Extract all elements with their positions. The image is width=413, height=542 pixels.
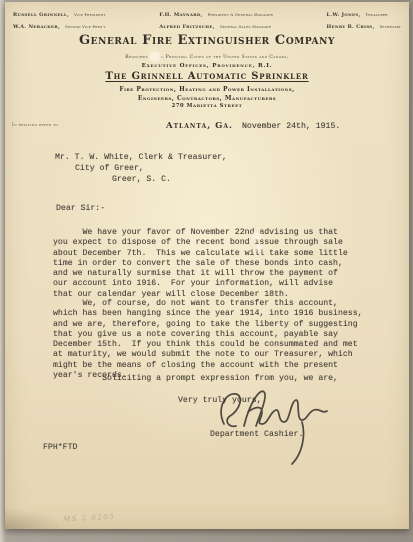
body-text-line: you expect to dispose of the recent bond… — [53, 238, 348, 248]
officers-center-column: F.H. Maynard, President & General Manage… — [159, 8, 273, 30]
body-text-line: We have your favor of November 22nd advi… — [53, 228, 348, 238]
officer-entry-name: W.A. Nebacker, — [13, 24, 60, 30]
recipient-line-2: City of Greer, — [75, 164, 144, 174]
handwritten-signature — [210, 380, 332, 472]
refer-note: In replying refer to — [12, 122, 58, 127]
pencil-note: MS 2 0205 — [63, 513, 116, 524]
body-paragraph-2: We, of course, do not want to transfer t… — [53, 299, 363, 381]
letter-paper: Russell Grinnell, Vice PresidentW.A. Neb… — [5, 2, 409, 529]
officer-entry: Henry B. Criss, Secretary — [327, 20, 402, 30]
paper-blemish — [252, 233, 261, 239]
body-text-line: might be the means of closing the accoun… — [53, 361, 363, 371]
body-text-line: which has been hanging since the year 19… — [53, 309, 363, 319]
signature-stroke — [210, 380, 332, 472]
signer-title: Department Cashier. — [210, 430, 303, 440]
officer-entry-title: Vice President — [74, 13, 106, 17]
officer-entry: L.W. Jones, Treasurer — [327, 8, 402, 18]
street-address-line: 270 Marietta Street — [5, 103, 409, 109]
officers-right-column: L.W. Jones, TreasurerHenry B. Criss, Sec… — [327, 8, 402, 30]
officer-entry-name: Alfred Fritzsche, — [159, 24, 215, 30]
paper-blemish — [150, 52, 160, 61]
body-paragraph-1: We have your favor of November 22nd advi… — [53, 228, 348, 300]
body-text-line: our account into 1916. For your informat… — [53, 279, 348, 289]
recipient-line-3: Greer, S. C. — [112, 175, 171, 185]
officer-entry-name: Henry B. Criss, — [327, 24, 375, 30]
officer-entry-name: F.H. Maynard, — [159, 12, 202, 18]
services-line-1: Fire Protection, Heating and Power Insta… — [5, 86, 409, 93]
scanned-letter-screenshot: { "letterhead": { "officers_left": [ {"n… — [0, 0, 413, 542]
executive-offices-line: Executive Offices, Providence, R.I. — [5, 63, 409, 69]
company-name: General Fire Extinguisher Company — [5, 33, 409, 48]
body-text-line: We, of course, do not want to transfer t… — [53, 299, 363, 309]
product-line: The Grinnell Automatic Sprinkler — [5, 71, 409, 82]
officer-entry-title: Second Vice Pres't — [65, 25, 106, 29]
body-text-line: December 15th. If you think this could b… — [53, 340, 363, 350]
body-text-line: time in order to convert the sale of the… — [53, 259, 348, 269]
branches-line: Branches in all Principal Cities of the … — [5, 55, 409, 60]
officer-entry-name: L.W. Jones, — [327, 12, 361, 18]
paper-blemish — [256, 245, 262, 250]
paper-corner-shadow — [5, 507, 65, 529]
body-text-line: that you give us a note covering this ac… — [53, 330, 363, 340]
letterhead-officers: Russell Grinnell, Vice PresidentW.A. Neb… — [5, 8, 409, 30]
body-text-line: and we are, therefore, going to take the… — [53, 320, 363, 330]
officer-entry: W.A. Nebacker, Second Vice Pres't — [13, 20, 106, 30]
officer-entry-title: General Sales Manager — [220, 25, 271, 29]
officer-entry: Alfred Fritzsche, General Sales Manager — [159, 20, 273, 30]
officer-entry-title: Secretary — [380, 25, 401, 29]
services-line-2: Engineers, Contractors, Manufacturers — [5, 95, 409, 102]
dateline-date: November 24th, 1915. — [242, 122, 340, 132]
body-text-line: at maturity, we would submit the note to… — [53, 350, 363, 360]
body-text-line: and we naturally surmise that it will th… — [53, 269, 348, 279]
typist-initials: FPH*FTD — [43, 443, 77, 453]
dateline-city: Atlanta, Ga. — [166, 121, 233, 131]
body-text-line: about December 7th. This we calculate wi… — [53, 249, 348, 259]
recipient-line-1: Mr. T. W. White, Clerk & Treasurer, — [55, 153, 227, 163]
salutation: Dear Sir:- — [56, 204, 105, 214]
officers-left-column: Russell Grinnell, Vice PresidentW.A. Neb… — [13, 8, 106, 30]
